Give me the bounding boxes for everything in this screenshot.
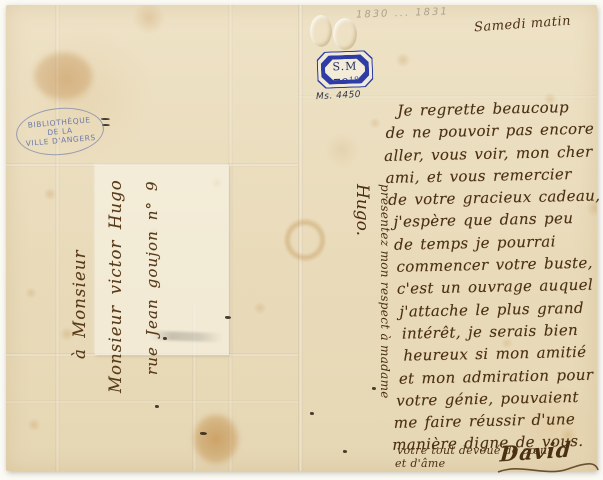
letter-paper: 1830 ... 1831 Samedi matin S.M 7918 Ms. … [6,5,597,471]
address-line: rue Jean goujon n° 9 [134,143,170,393]
margin-note: présentez mon respect à madame Hugo. [340,184,392,400]
stain [34,53,92,99]
manuscript-number: Ms. 4450 [316,90,362,102]
embossed-seal [333,18,357,50]
body-line: j'espère que dans peu [393,207,599,234]
shelfmark-letters: S.M [325,60,365,73]
shelfmark-exponent: 18 [348,75,358,84]
address-line: Monsieur victor Hugo [98,143,134,393]
ink-speck [155,405,159,408]
shelfmark-stamp-frame: S.M 7918 [317,51,372,88]
ink-speck [101,118,110,120]
stain [194,415,238,463]
ink-speck [200,432,207,435]
embossed-seal [310,15,332,47]
ink-speck [310,412,314,415]
date-note: Samedi matin [474,14,572,36]
shelfmark-stamp-core: S.M 7918 [325,58,366,80]
shelfmark-stamp-ring: S.M 7918 [321,54,370,85]
address-line: à Monsieur [62,143,98,393]
ink-speck [343,450,347,453]
scanned-letter-view: 1830 ... 1831 Samedi matin S.M 7918 Ms. … [0,0,603,480]
margin-note-line: Hugo. [352,184,372,400]
ink-speck [225,316,231,319]
letter-body: Je regrette beaucoup de ne pouvoir pas e… [383,96,603,457]
wax-seal-ring-stain [284,217,326,263]
shelfmark-stamp: S.M 7918 [316,50,373,89]
signature-flourish [496,461,600,477]
fold-crease [6,400,298,404]
address-block: à Monsieur Monsieur victor Hugo rue Jean… [62,143,174,393]
pencil-inscription: 1830 ... 1831 [356,6,449,20]
